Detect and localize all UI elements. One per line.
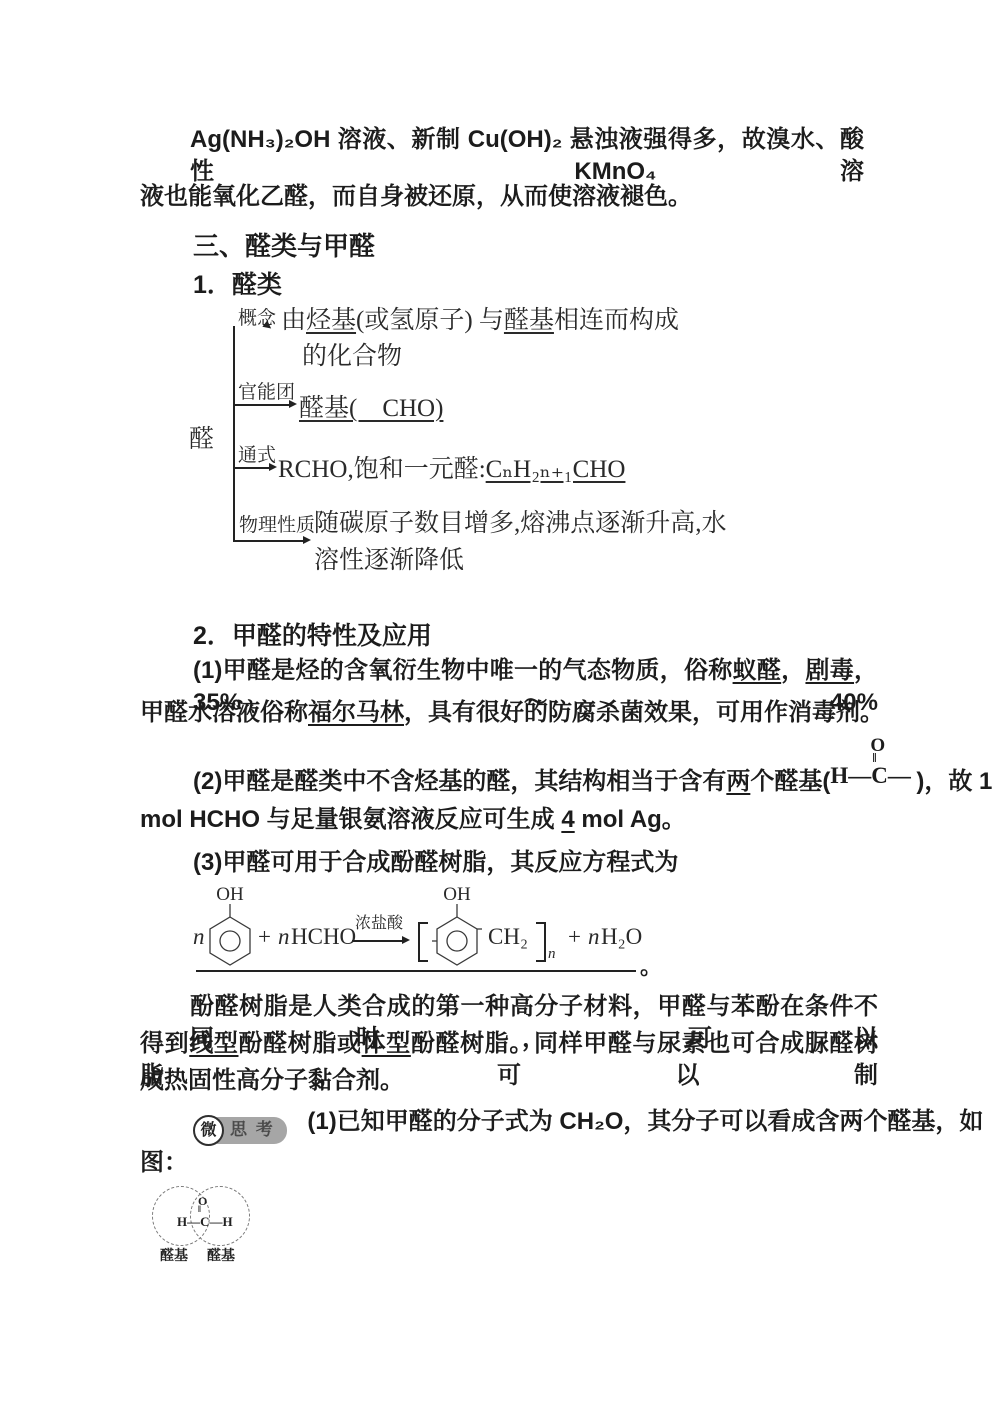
p1-underlined: 剧毒 xyxy=(805,657,854,684)
general-branch-line xyxy=(233,467,271,469)
polymer-degree-subscript: n xyxy=(548,946,556,963)
intro-line-2-text: 液也能氧化乙醛，而自身被还原，从而使溶液褪色。 xyxy=(140,183,692,210)
benzene-ring-hexagon xyxy=(210,917,250,965)
mol-label-right-text: 醛基 xyxy=(207,1249,235,1264)
polymer-bracket-right xyxy=(536,922,546,962)
plus2-text: + xyxy=(568,924,581,949)
branch-label-physical-properties: 物理性质 xyxy=(239,510,315,537)
ch2-group: CH₂ xyxy=(488,924,528,950)
coeff1-text: n xyxy=(193,924,205,949)
p2-part: )，故 1 xyxy=(916,768,992,795)
p2-part: mol Ag。 xyxy=(575,806,686,833)
concept-map-trunk-line xyxy=(233,326,235,542)
think-badge-label: 思 考 xyxy=(215,1117,287,1145)
concept-map-root-text: 醛 xyxy=(189,426,214,453)
paragraph-1-line-2: 甲醛水溶液俗称福尔马林，具有很好的防腐杀菌效果，可用作消毒剂。 xyxy=(140,697,884,729)
ch2-text: CH₂ xyxy=(488,924,528,949)
answer-blank-underline xyxy=(196,970,636,972)
concept-def-part: (或氢原子) 与 xyxy=(356,307,504,334)
document-page: Ag(NH₃)₂OH 溶液、新制 Cu(OH)₂ 悬浊液强得多，故溴水、酸性 K… xyxy=(0,0,1000,1414)
p1-part: ， xyxy=(781,657,805,684)
coeff2-text: n xyxy=(278,924,290,949)
p2-part: (2)甲醛是醛类中不含烃基的醛，其结构相当于含有 xyxy=(193,768,726,795)
concept-def-part: 由 xyxy=(281,307,306,334)
p2-part: mol HCHO 与足量银氨溶液反应可生成 xyxy=(140,806,561,833)
concept-def-underlined: 醛基 xyxy=(504,307,554,334)
resin-underlined: 体型 xyxy=(362,1030,411,1057)
functional-branch-line xyxy=(233,404,291,406)
formyl-group-structure: O‖H—C— xyxy=(830,761,916,789)
section-heading-3-text: 三、醛类与甲醛 xyxy=(193,231,375,261)
functional-arrowhead-icon xyxy=(289,400,297,408)
physical-arrowhead-icon xyxy=(303,536,311,544)
p2-part: 个醛基( xyxy=(750,768,830,795)
physical-properties-line-1: 随碳原子数目增多,熔沸点逐渐升高,水 xyxy=(314,503,727,539)
mol-double-bond-icon: ‖ xyxy=(198,1204,201,1214)
plus-sign-2: + xyxy=(568,924,581,950)
coefficient-n-2: n xyxy=(278,924,290,950)
mol-hch-text: H—C—H xyxy=(177,1214,233,1229)
resin-paragraph-line-3: 成热固性高分子黏合剂。 xyxy=(140,1065,404,1097)
coeff3-text: n xyxy=(588,924,600,949)
general-formula-text: RCHO,饱和一元醛: xyxy=(278,456,486,483)
concept-definition-line-1: 由烃基(或氢原子) 与醛基相连而构成 xyxy=(281,300,679,336)
polymer-benzene-hexagon xyxy=(437,917,477,965)
plus-sign-1: + xyxy=(258,924,271,950)
mol-label-left-text: 醛基 xyxy=(160,1249,188,1264)
phenol-oh-label: OH xyxy=(216,884,244,905)
p1-part: ，具有很好的防腐杀菌效果，可用作消毒剂。 xyxy=(404,699,884,726)
mol-label-right: 醛基 xyxy=(207,1245,235,1265)
branch-label-physical-text: 物理性质 xyxy=(239,515,315,536)
coefficient-n-3: n xyxy=(588,924,600,950)
functional-group-value: 醛基( CHO) xyxy=(299,388,443,424)
benzene-ring-circle xyxy=(220,931,240,951)
hcho-text: HCHO xyxy=(291,924,356,949)
mol-bond-text: ‖ xyxy=(198,1204,201,1214)
physical-properties-line-2: 溶性逐渐降低 xyxy=(314,540,464,576)
reaction-condition-label: 浓盐酸 xyxy=(355,910,403,933)
resin-part: 酚醛树脂或 xyxy=(239,1030,362,1057)
p1-part: (1)甲醛是烃的含氧衍生物中唯一的气态物质，俗称 xyxy=(193,657,733,684)
coefficient-n-1: n xyxy=(193,924,205,950)
micro-icon: 微 xyxy=(193,1115,224,1146)
resin-underlined: 线型 xyxy=(189,1030,238,1057)
h2o-text: H₂O xyxy=(601,924,642,949)
paragraph-2-line-2: mol HCHO 与足量银氨溶液反应可生成 4 mol Ag。 xyxy=(140,804,686,836)
concept-def-line2-text: 的化合物 xyxy=(302,343,402,370)
think-line1-text: (1)已知甲醛的分子式为 CH₂O，其分子可以看成含两个醛基，如 xyxy=(307,1108,983,1135)
period-text: 。 xyxy=(640,954,662,979)
p3-text: (3)甲醛可用于合成酚醛树脂，其反应方程式为 xyxy=(193,849,678,876)
p1-underlined: 蚁醛 xyxy=(733,657,782,684)
p1-underlined: 福尔马林 xyxy=(308,699,404,726)
resin-l3-text: 成热固性高分子黏合剂。 xyxy=(140,1067,404,1094)
subheading-1-aldehydes: 1．醛类 xyxy=(193,265,282,301)
polymer-benzene-circle xyxy=(447,931,467,951)
physical-branch-line xyxy=(233,540,305,542)
section-heading-3: 三、醛类与甲醛 xyxy=(193,226,375,263)
branch-label-functional-group: 官能团 xyxy=(238,377,295,404)
plus1-text: + xyxy=(258,924,271,949)
general-formula-underlined: CₙH₂ₙ₊₁CHO xyxy=(486,456,626,483)
condition-text: 浓盐酸 xyxy=(355,915,403,932)
concept-def-underlined: 烃基 xyxy=(306,307,356,334)
concept-map-root: 醛 xyxy=(189,419,214,455)
hcho-formula: HCHO xyxy=(291,924,356,950)
micro-think-line-2: 图： xyxy=(140,1147,188,1179)
micro-think-line-1: 微 思 考 (1)已知甲醛的分子式为 CH₂O，其分子可以看成含两个醛基，如 xyxy=(193,1106,983,1146)
reaction-arrowhead-icon xyxy=(402,936,410,944)
paragraph-2-line-1: (2)甲醛是醛类中不含烃基的醛，其结构相当于含有两个醛基(O‖H—C—)，故 1 xyxy=(193,761,992,798)
general-formula-value: RCHO,饱和一元醛:CₙH₂ₙ₊₁CHO xyxy=(278,449,625,485)
polymer-phenol-unit-structure: OH xyxy=(432,884,482,978)
p2-underlined: 4 xyxy=(561,806,574,833)
polymer-bracket-left xyxy=(418,922,428,962)
subheading-1-text: 1．醛类 xyxy=(193,271,282,299)
functional-group-text: 醛基( CHO) xyxy=(299,395,443,422)
subheading-2-formaldehyde: 2．甲醛的特性及应用 xyxy=(193,616,432,652)
h2o-formula: H₂O xyxy=(601,924,642,950)
intro-line-1-text: Ag(NH₃)₂OH 溶液、新制 Cu(OH)₂ 悬浊液强得多，故溴水、酸性 K… xyxy=(190,126,864,185)
p2-underlined: 两 xyxy=(726,768,750,795)
formyl-hc-text: H—C— xyxy=(830,760,911,791)
physical-line1-text: 随碳原子数目增多,熔沸点逐渐升高,水 xyxy=(314,510,727,537)
sentence-period: 。 xyxy=(640,950,662,981)
micro-think-badge: 微 思 考 xyxy=(193,1115,287,1146)
polymer-oh-label: OH xyxy=(443,884,471,905)
paragraph-3: (3)甲醛可用于合成酚醛树脂，其反应方程式为 xyxy=(193,847,678,879)
bracket-sub-text: n xyxy=(548,946,556,962)
resin-part: 得到 xyxy=(140,1030,189,1057)
intro-line-2: 液也能氧化乙醛，而自身被还原，从而使溶液褪色。 xyxy=(140,181,692,213)
physical-line2-text: 溶性逐渐降低 xyxy=(314,547,464,574)
think-line2-text: 图： xyxy=(140,1149,188,1176)
p1-part: 甲醛水溶液俗称 xyxy=(140,699,308,726)
phenol-structure: OH xyxy=(205,884,255,978)
reaction-arrow-line xyxy=(352,940,404,942)
general-arrowhead-icon xyxy=(269,463,277,471)
intro-line-1: Ag(NH₃)₂OH 溶液、新制 Cu(OH)₂ 悬浊液强得多，故溴水、酸性 K… xyxy=(190,124,864,189)
mol-hch: H—C—H xyxy=(177,1214,233,1230)
branch-label-functional-text: 官能团 xyxy=(238,382,295,403)
subheading-2-text: 2．甲醛的特性及应用 xyxy=(193,622,432,650)
concept-definition-line-2: 的化合物 xyxy=(302,336,402,372)
mol-label-left: 醛基 xyxy=(160,1245,188,1265)
concept-def-part: 相连而构成 xyxy=(554,307,679,334)
